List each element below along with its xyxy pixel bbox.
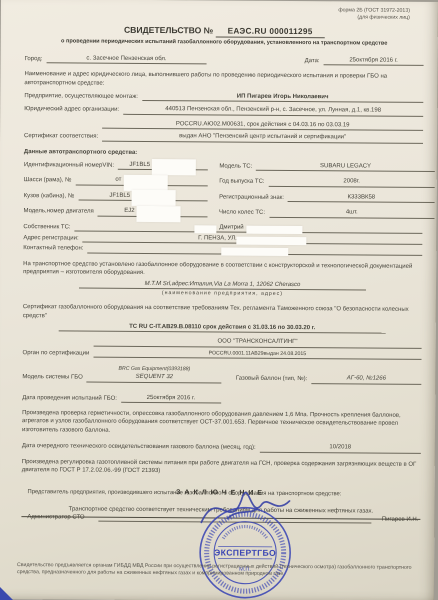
gbo-system-label: Модель системы ГБО	[22, 373, 87, 382]
chassis-value-line: от	[75, 176, 207, 186]
signature-line	[99, 514, 372, 524]
redaction-box	[152, 159, 196, 175]
conformity-cert-issuer: выдан АНО "Пензенский центр испытаний и …	[102, 132, 423, 144]
conformity-cert-values: РОССRU.АЮ02.М00631, срок действия с 04.0…	[102, 119, 423, 143]
owner-label: Собственник ТС:	[23, 223, 74, 232]
form-reference: форма 2Б (ГОСТ 31972-2013) (для физическ…	[25, 5, 424, 22]
plate-field: Регистрационный знак: К333ВК58	[219, 192, 435, 203]
year-value: 2008г.	[269, 177, 435, 188]
cert-body-label: Орган по сертификации	[23, 349, 94, 358]
city-value: с. Засечное Пензенская обл.	[46, 54, 206, 65]
redaction-box	[123, 175, 167, 191]
body-value: JF1BL5	[109, 191, 130, 200]
test-date-label: Дата проведения испытаний ГБО:	[22, 394, 121, 403]
vin-field: Идентификационный номерVIN: JF1BL5	[24, 160, 208, 171]
document-subtitle: о проведении периодических испытаний газ…	[25, 38, 424, 49]
legal-address-label: Юридический адрес организации:	[24, 106, 123, 115]
document-title: СВИДЕТЕЛЬСТВО № ЕАЭС.RU 000011295	[25, 23, 424, 38]
chassis-value: от	[115, 176, 121, 184]
gbo-manufacturer: M.T.M Srl,адрес:Италия,Via La Morra 1, 1…	[79, 279, 366, 290]
conformity-cert-value: РОССRU.АЮ02.М00631, срок действия с 04.0…	[102, 119, 423, 131]
chassis-label: Шасси (рама), №	[24, 177, 76, 186]
signer-name: Пигарев И.Н.	[382, 516, 419, 525]
stamp-text-ring	[206, 514, 284, 592]
installer-intro: Наименование и адрес юридического лица, …	[24, 70, 423, 90]
gbo-system-value: SEQUENT 32	[87, 373, 222, 383]
vin-value-line: JF1BL5	[118, 161, 207, 171]
gbo-cert-intro: Сертификат газобаллонного оборудования н…	[23, 303, 422, 323]
reg-address-line: Г. ПЕНЗА, УЛ.	[83, 233, 423, 245]
cert-body-details: РОССRU.0001.11АВ29выдан 24.08.2015	[93, 349, 421, 360]
vin-label: Идентификационный номерVIN:	[24, 161, 118, 170]
cert-body-row: Орган по сертификации ООО "ТРАНСКОНСАЛТИ…	[23, 336, 422, 359]
phone-row: Контактный телефон:	[23, 244, 422, 255]
company-row: Предприятие, осуществляющее монтаж: ИП П…	[24, 91, 423, 103]
cylinder-value: АГ-60, №1266	[311, 374, 421, 384]
cylinder-label: Газовый баллон (тип, №):	[236, 375, 312, 384]
cert-body-values: ООО "ТРАНСКОНСАЛТИНГ" РОССRU.0001.11АВ29…	[93, 337, 421, 360]
adjustment-note: Произведена регулировка газотопливной си…	[22, 458, 421, 478]
conformity-cert-label: Сертификат соответствия:	[24, 132, 102, 141]
reg-address-row: Адрес регистрации: Г. ПЕНЗА, УЛ.	[23, 233, 422, 245]
redaction-box	[136, 205, 180, 221]
plate-value: К333ВК58	[288, 193, 435, 203]
conformity-cert-row: Сертификат соответствия: РОССRU.АЮ02.М00…	[24, 119, 423, 144]
spacer	[206, 65, 304, 66]
body-label: Кузов (кабина), №	[24, 192, 79, 201]
vin-value: JF1BL5	[129, 161, 150, 170]
body-field: Кузов (кабина), № JF1BL5	[24, 191, 208, 202]
corner-mark	[0, 587, 13, 600]
vehicle-section-title: Данные автотранспортного средства:	[24, 148, 423, 159]
date-label: Дата:	[305, 57, 324, 66]
gbo-system-values: BRC Gas Equipment(0393188) SEQUENT 32	[87, 366, 222, 384]
cert-body-value: ООО "ТРАНСКОНСАЛТИНГ"	[93, 337, 421, 349]
year-label: Год выпуска ТС:	[219, 178, 268, 187]
next-date-label: Дата очередного технического освидетельс…	[22, 442, 260, 452]
phone-label: Контактный телефон:	[23, 244, 87, 253]
legal-address-row: Юридический адрес организации: 440513 Пе…	[24, 105, 423, 117]
redaction-box	[237, 237, 307, 245]
gbo-cert-value: ТС RU С-IT.АВ29.В.08110 срок действия с …	[59, 322, 386, 334]
engine-value-line: EJ2	[98, 207, 207, 217]
legal-address-value: 440513 Пензенская обл., Пензенский р-н, …	[123, 105, 423, 116]
date-value: 25октября 2016 г.	[324, 56, 424, 66]
year-field: Год выпуска ТС: 2008г.	[219, 177, 435, 188]
engine-field: Модель,номер двигателя EJ2	[23, 206, 207, 217]
engine-value: EJ2	[124, 207, 134, 215]
redaction-box	[221, 247, 288, 255]
vehicle-data-grid: Идентификационный номерVIN: JF1BL5 Модел…	[23, 160, 422, 218]
certificate-number: ЕАЭС.RU 000011295	[216, 26, 325, 38]
redaction-box	[194, 225, 216, 233]
test-date-row: Дата проведения испытаний ГБО: 25октября…	[22, 393, 421, 405]
phone-value-line	[87, 247, 422, 255]
stamp-inner-text-arc	[223, 526, 267, 538]
gbo-manufacturer-caption: (наименование предприятия, адрес)	[23, 289, 422, 299]
footer-note: Свидетельство предъявляется органам ГИБД…	[17, 562, 422, 579]
model-field: Модель ТС: SUBARU LEGACY	[219, 161, 435, 172]
model-label: Модель ТС:	[219, 162, 256, 171]
title-text: СВИДЕТЕЛЬСТВО №	[124, 24, 213, 35]
redaction-box	[132, 190, 176, 206]
owner-value: Дмитрий	[216, 223, 246, 232]
city-label: Город:	[25, 55, 47, 64]
reg-address-value: Г. ПЕНЗА, УЛ.	[198, 234, 237, 243]
certificate-page: форма 2Б (ГОСТ 31972-2013) (для физическ…	[0, 0, 438, 600]
gbo-system-row: Модель системы ГБО BRC Gas Equipment(039…	[22, 365, 421, 384]
model-value: SUBARU LEGACY	[256, 162, 435, 173]
owner-value-line: Дмитрий	[75, 222, 423, 234]
wheels-label: Число колес ТС:	[219, 209, 269, 218]
company-label: Предприятие, осуществляющее монтаж:	[24, 92, 142, 101]
stamp-center-text: ЭКСПЕРТГБО	[214, 547, 276, 557]
installed-note: На транспортное средство установлено газ…	[23, 260, 422, 280]
city-date-row: Город: с. Засечное Пензенская обл. Дата:…	[25, 54, 424, 66]
wheels-field: Число колес ТС: 4шт.	[219, 208, 435, 219]
position-label: Администратор СТО	[27, 513, 88, 522]
round-stamp: ЭКСПЕРТГБО М.П.	[187, 488, 306, 600]
wheels-value: 4шт.	[269, 208, 435, 219]
body-value-line: JF1BL5	[78, 191, 207, 201]
plate-label: Регистрационный знак:	[219, 193, 288, 202]
next-date-value: 10/2018	[260, 443, 421, 454]
reg-address-label: Адрес регистрации:	[23, 234, 82, 243]
pressure-note: Произведена проверка герметичности, опре…	[22, 409, 421, 437]
signature-row: Администратор СТО Пигарев И.Н.	[27, 513, 418, 524]
owner-row: Собственник ТС: Дмитрий	[23, 222, 422, 234]
test-date-value: 25октября 2016 г.	[121, 393, 221, 403]
redaction-box	[247, 226, 303, 234]
engine-label: Модель,номер двигателя	[23, 207, 97, 216]
chassis-field: Шасси (рама), № от	[24, 176, 208, 187]
company-value: ИП Пигарев Игорь Николаевич	[142, 92, 423, 103]
next-date-row: Дата очередного технического освидетельс…	[22, 441, 421, 453]
